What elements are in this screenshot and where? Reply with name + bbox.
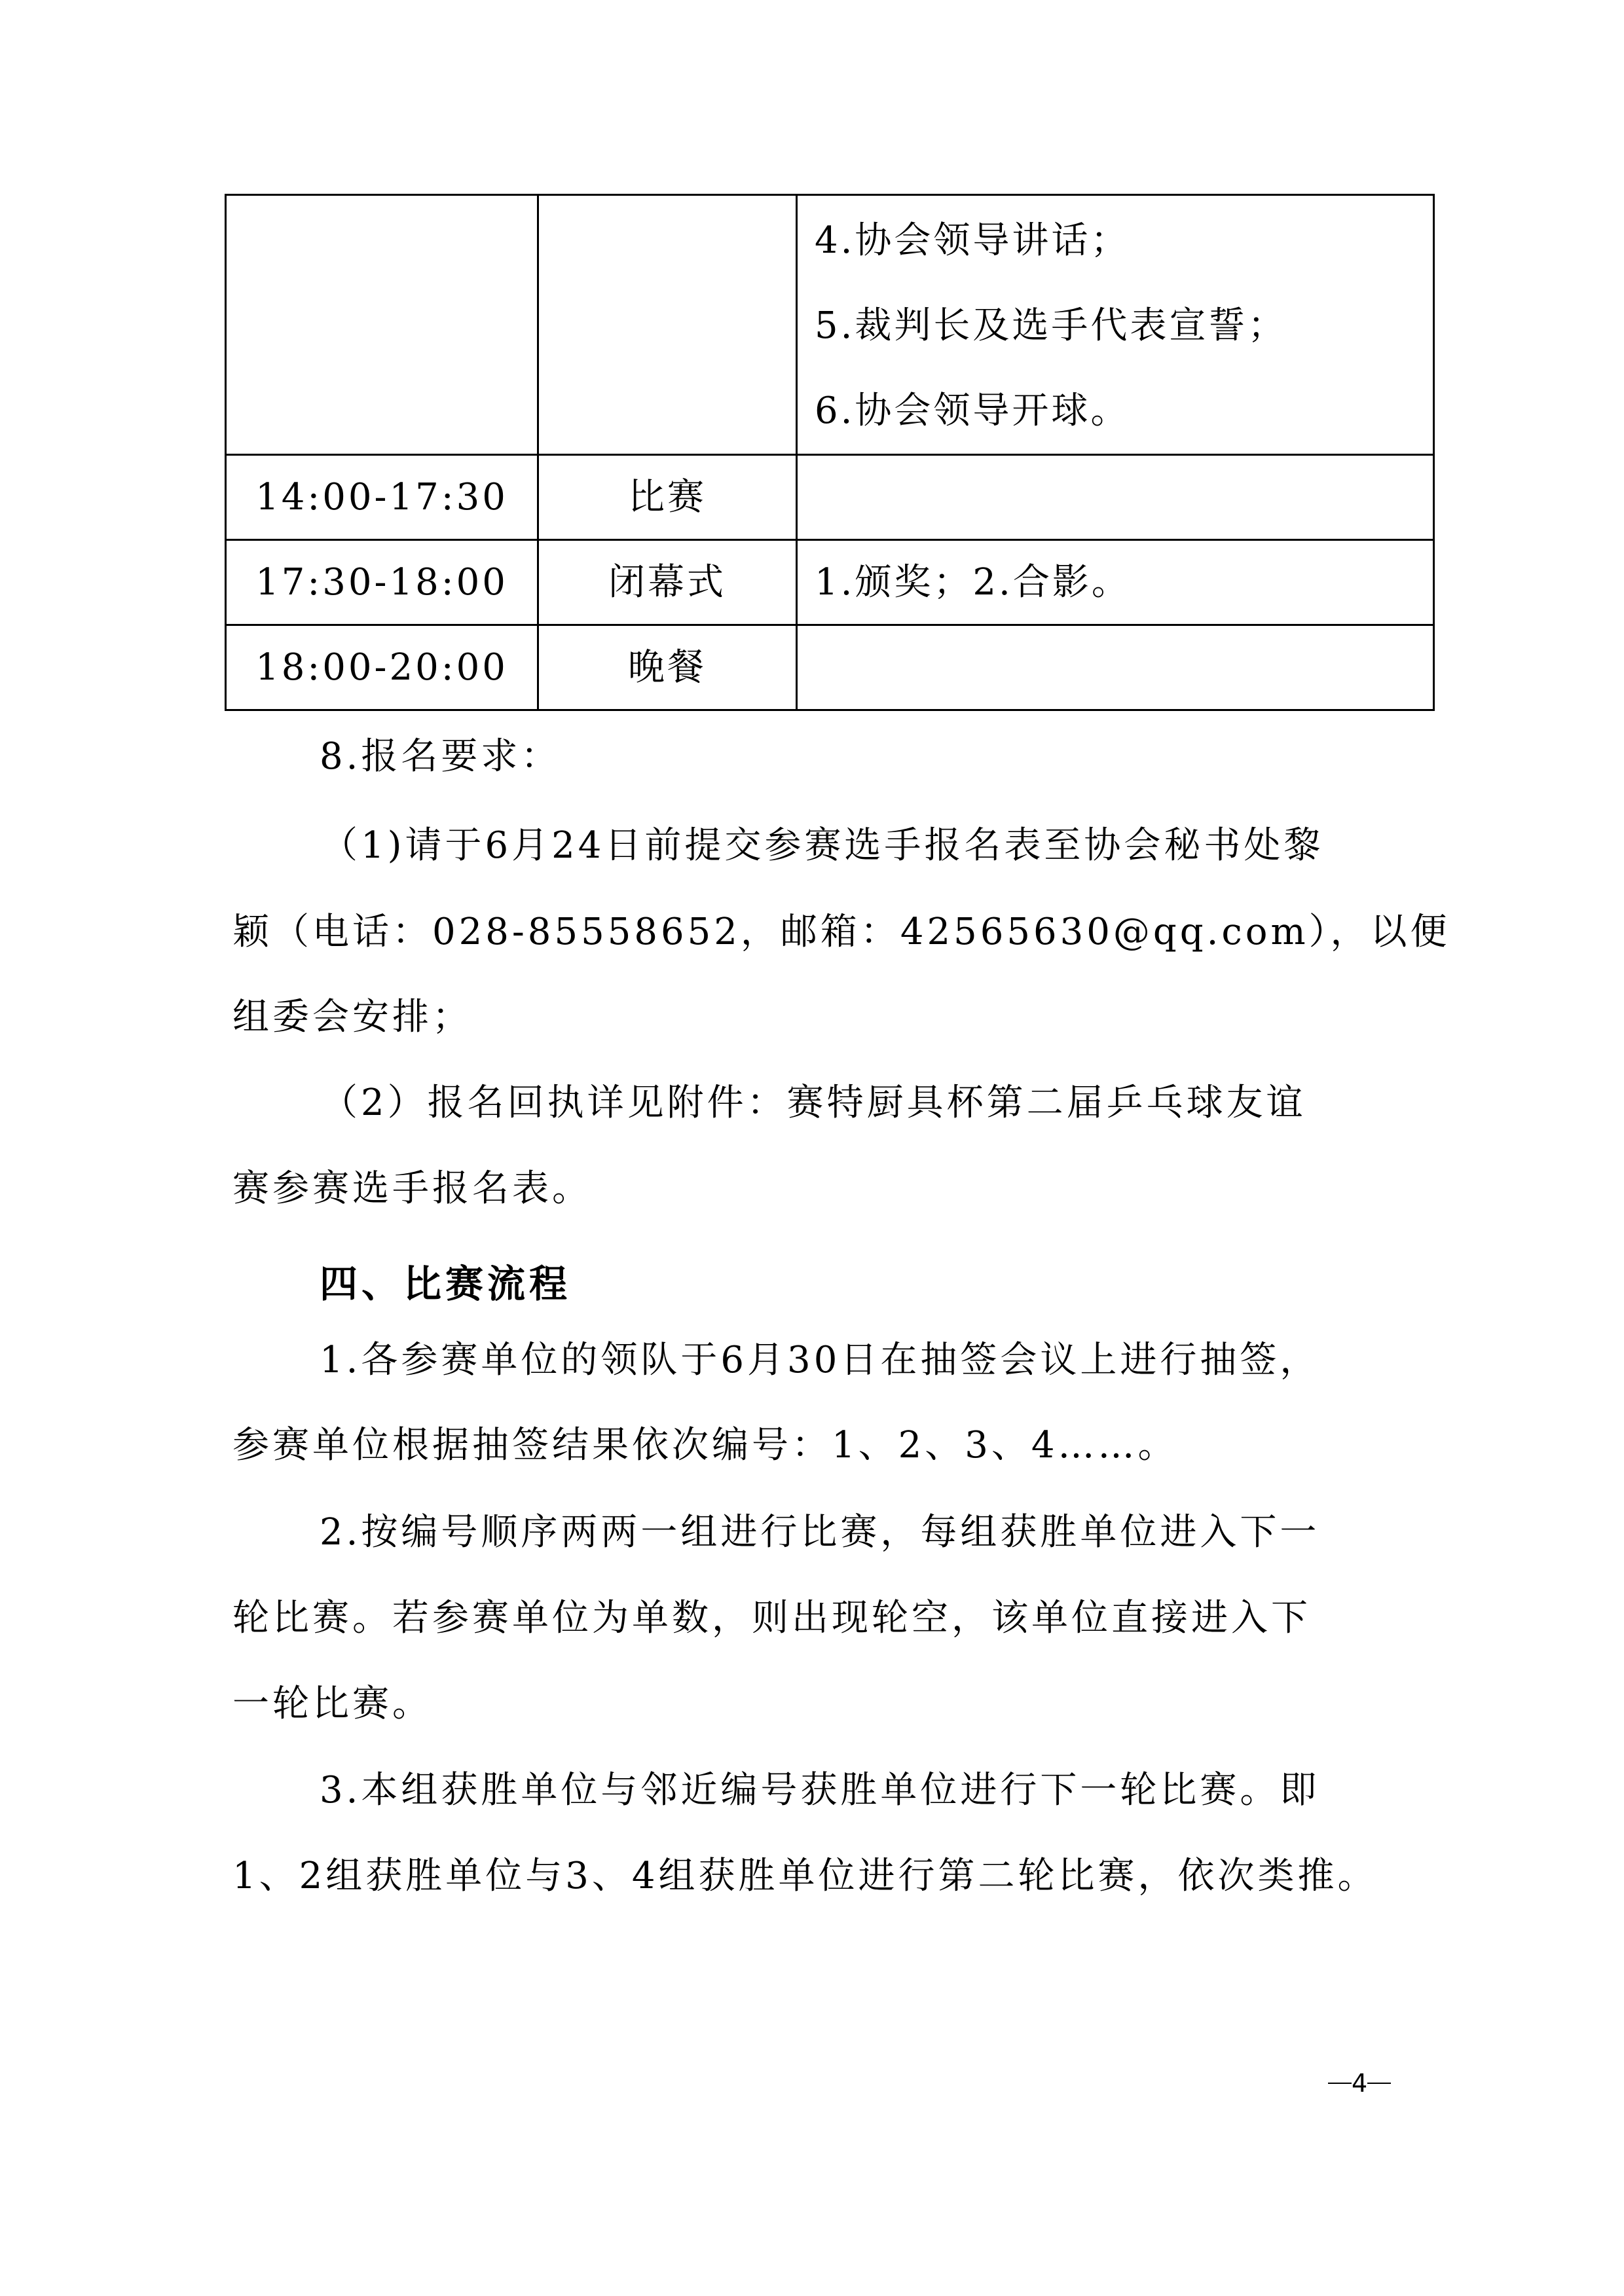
detail-line: 4.协会领导讲话； (815, 198, 1433, 283)
table-row: 14:00-17:30 比赛 (226, 455, 1434, 540)
page-number-value: 4 (1352, 2069, 1367, 2098)
flow-paragraph-2-line2: 轮比赛。若参赛单位为单数，则出现轮空，该单位直接进入下 (232, 1600, 1411, 1637)
page-number: 4 (1328, 2069, 1391, 2098)
registration-item2-line1: （2）报名回执详见附件：赛特厨具杯第二届乒乓球友谊 (321, 1085, 1500, 1121)
section-heading: 四、比赛流程 (320, 1253, 571, 1308)
table-cell-time: 14:00-17:30 (226, 455, 538, 540)
table-cell-item: 比赛 (538, 455, 797, 540)
table-cell-details: 1.颁奖；2.合影。 (797, 540, 1434, 625)
registration-item1-line2: 颖（电话：028-85558652，邮箱：42565630@qq.com），以便 (232, 914, 1411, 951)
table-row: 18:00-20:00 晚餐 (226, 625, 1434, 710)
flow-paragraph-2-line3: 一轮比赛。 (232, 1686, 1411, 1722)
table-cell-item: 闭幕式 (538, 540, 797, 625)
table-cell-details: 4.协会领导讲话； 5.裁判长及选手代表宣誓； 6.协会领导开球。 (797, 195, 1434, 455)
table-cell-time: 17:30-18:00 (226, 540, 538, 625)
registration-item2-line2: 赛参赛选手报名表。 (232, 1171, 1411, 1207)
schedule-table: 4.协会领导讲话； 5.裁判长及选手代表宣誓； 6.协会领导开球。 14:00-… (225, 194, 1435, 711)
table-row: 4.协会领导讲话； 5.裁判长及选手代表宣誓； 6.协会领导开球。 (226, 195, 1434, 455)
registration-title: 8.报名要求： (320, 738, 1498, 775)
document-page: 4.协会领导讲话； 5.裁判长及选手代表宣誓； 6.协会领导开球。 14:00-… (0, 0, 1624, 2296)
table-cell-details (797, 625, 1434, 710)
dash-left (1328, 2083, 1352, 2084)
flow-paragraph-1-line2: 参赛单位根据抽签结果依次编号：1、2、3、4……。 (232, 1427, 1411, 1464)
flow-paragraph-2-line1: 2.按编号顺序两两一组进行比赛，每组获胜单位进入下一 (320, 1514, 1498, 1551)
flow-paragraph-3-line1: 3.本组获胜单位与邻近编号获胜单位进行下一轮比赛。即 (320, 1772, 1498, 1809)
detail-line: 6.协会领导开球。 (815, 369, 1433, 454)
detail-line: 5.裁判长及选手代表宣誓； (815, 283, 1433, 369)
table-cell-details (797, 455, 1434, 540)
table-cell-time: 18:00-20:00 (226, 625, 538, 710)
registration-item1-line1: （1)请于6月24日前提交参赛选手报名表至协会秘书处黎 (321, 828, 1500, 864)
table-cell-item (538, 195, 797, 455)
table-cell-item: 晚餐 (538, 625, 797, 710)
table-row: 17:30-18:00 闭幕式 1.颁奖；2.合影。 (226, 540, 1434, 625)
registration-item1-line3: 组委会安排； (232, 999, 1411, 1036)
dash-right (1367, 2083, 1391, 2084)
flow-paragraph-3-line2: 1、2组获胜单位与3、4组获胜单位进行第二轮比赛，依次类推。 (232, 1858, 1411, 1895)
table-cell-time (226, 195, 538, 455)
flow-paragraph-1-line1: 1.各参赛单位的领队于6月30日在抽签会议上进行抽签， (320, 1342, 1498, 1379)
